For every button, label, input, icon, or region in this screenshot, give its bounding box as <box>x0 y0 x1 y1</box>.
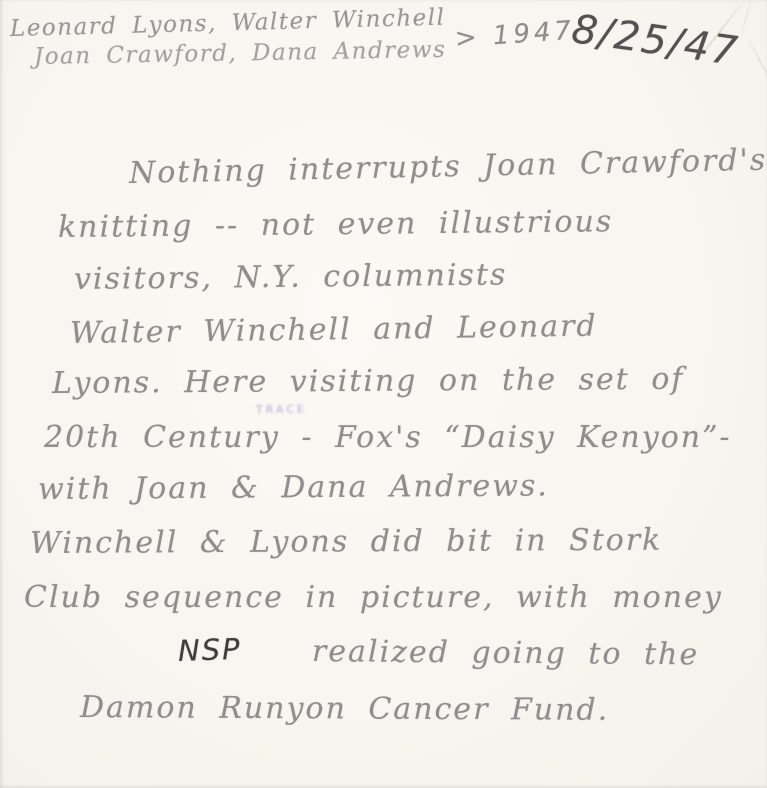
caption-line-1: Nothing interrupts Joan Crawford's <box>129 143 767 191</box>
caption-line-11: Damon Runyon Cancer Fund. <box>80 690 609 728</box>
caption-line-7: with Joan & Dana Andrews. <box>38 468 549 507</box>
paper-crease <box>743 30 767 93</box>
caption-line-5: Lyons. Here visiting on the set of <box>52 362 685 401</box>
faint-blue-stamp: TRACE <box>256 403 307 417</box>
caption-line-9: Club sequence in picture, with money <box>24 580 723 615</box>
caption-line-10: realized going to the <box>312 634 699 672</box>
caption-line-2: knitting -- not even illustrious <box>58 204 614 245</box>
caption-line-6: 20th Century - Fox's “Daisy Kenyon”- <box>44 420 732 455</box>
photo-back-paper: Leonard Lyons, Walter Winchell Joan Craw… <box>0 0 767 788</box>
initials-mark: NSP <box>177 632 242 668</box>
date-annotation: 8/25/47 <box>569 6 742 75</box>
names-annotation-line1: Leonard Lyons, Walter Winchell <box>10 5 446 42</box>
caption-line-8: Winchell & Lyons did bit in Stork <box>30 523 662 561</box>
names-annotation-line2: Joan Crawford, Dana Andrews <box>34 37 447 70</box>
year-mark: > 1947 <box>454 16 576 54</box>
caption-line-4: Walter Winchell and Leonard <box>70 309 598 351</box>
caption-line-3: visitors, N.Y. columnists <box>74 257 508 297</box>
paper-crease <box>739 0 754 43</box>
